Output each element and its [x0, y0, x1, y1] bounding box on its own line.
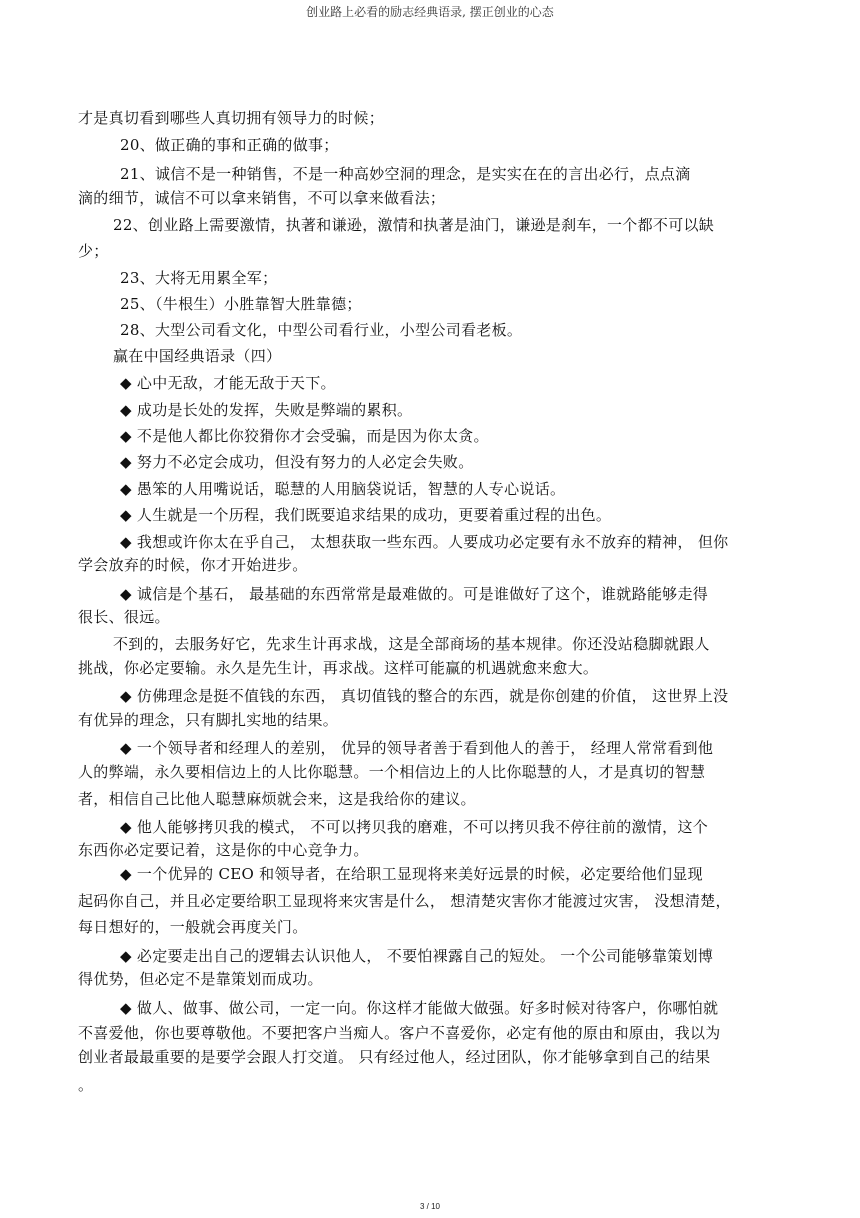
text-line: 22、创业路上需要激情，执著和谦逊，激情和执著是油门，谦逊是刹车，一个都不可以缺	[113, 215, 714, 235]
text-line: 不喜爱他，你也要尊敬他。不要把客户当痴人。客户不喜爱你，必定有他的原由和原由，我…	[78, 1023, 721, 1043]
document-header-title: 创业路上必看的励志经典语录, 摆正创业的心态	[0, 3, 860, 20]
text-line: ◆ 他人能够拷贝我的模式， 不可以拷贝我的磨难，不可以拷贝我不停往前的激情，这个	[120, 817, 708, 837]
text-line: ◆ 成功是长处的发挥，失败是弊端的累积。	[120, 400, 412, 420]
text-line: ◆ 一个领导者和经理人的差别， 优异的领导者善于看到他人的善于， 经理人常常看到…	[120, 738, 713, 758]
text-line: 20、做正确的事和正确的做事；	[120, 135, 339, 155]
text-line: 28、大型公司看文化，中型公司看行业，小型公司看老板。	[120, 320, 522, 340]
text-line: 挑战，你必定要输。永久是先生计，再求战。这样可能赢的机遇就愈来愈大。	[78, 658, 598, 678]
text-line: 东西你必定要记着，这是你的中心竞争力。	[78, 840, 369, 860]
text-line: 创业者最最重要的是要学会跟人打交道。 只有经过他人，经过团队，你才能够拿到自己的…	[78, 1047, 710, 1067]
text-line: ◆ 我想或许你太在乎自己， 太想获取一些东西。人要成功必定要有永不放弃的精神， …	[120, 532, 728, 552]
text-line: 少；	[78, 241, 109, 261]
page-number: 3 / 10	[0, 1202, 860, 1211]
text-line: 起码你自己，并且必定要给职工显现将来灾害是什么， 想清楚灾害你才能渡过灾害， 没…	[78, 891, 731, 911]
text-line: 滴的细节，诚信不可以拿来销售，不可以拿来做看法；	[78, 188, 445, 208]
text-line: 21、诚信不是一种销售，不是一种高妙空洞的理念，是实实在在的言出必行，点点滴	[120, 164, 691, 184]
text-line: ◆ 努力不必定会成功，但没有努力的人必定会失败。	[120, 452, 474, 472]
text-line: 每日想好的，一般就会再度关门。	[78, 917, 308, 937]
text-line: ◆ 不是他人都比你狡猾你才会受骗，而是因为你太贪。	[120, 426, 489, 446]
text-line: 得优势，但必定不是靠策划而成功。	[78, 969, 323, 989]
text-line: 者，相信自己比他人聪慧麻烦就会来，这是我给你的建议。	[78, 789, 476, 809]
text-line: ◆ 仿佛理念是挺不值钱的东西， 真切值钱的整合的东西，就是你创建的价值， 这世界…	[120, 686, 728, 706]
text-line: 23、大将无用累全军；	[120, 268, 277, 288]
text-line: ◆ 必定要走出自己的逻辑去认识他人， 不要怕裸露自己的短处。 一个公司能够靠策划…	[120, 946, 713, 966]
text-line: 很长、很远。	[78, 607, 170, 627]
text-line: 25、（牛根生）小胜靠智大胜靠德；	[120, 294, 362, 314]
text-line: ◆ 心中无敌，才能无敌于天下。	[120, 373, 336, 393]
text-line: ◆ 一个优异的 CEO 和领导者，在给职工显现将来美好远景的时候，必定要给他们显…	[120, 864, 703, 884]
text-line: 不到的，去服务好它，先求生计再求战，这是全部商场的基本规律。你还没站稳脚就跟人	[113, 634, 710, 654]
text-line: 赢在中国经典语录（四）	[113, 346, 281, 366]
text-line: ◆ 诚信是个基石， 最基础的东西常常是最难做的。可是谁做好了这个，谁就路能够走得	[120, 584, 708, 604]
text-line: 人的弊端，永久要相信边上的人比你聪慧。一个相信边上的人比你聪慧的人，才是真切的智…	[78, 762, 705, 782]
text-line: 有优异的理念，只有脚扎实地的结果。	[78, 710, 338, 730]
text-line: ◆ 人生就是一个历程，我们既要追求结果的成功，更要着重过程的出色。	[120, 505, 611, 525]
text-line: 才是真切看到哪些人真切拥有领导力的时候；	[78, 108, 384, 128]
text-line: ◆ 做人、做事、做公司，一定一向。你这样才能做大做强。好多时候对待客户，你哪怕就	[120, 998, 718, 1018]
text-line: 。	[78, 1075, 93, 1095]
text-line: ◆ 愚笨的人用嘴说话，聪慧的人用脑袋说话，智慧的人专心说话。	[120, 479, 565, 499]
text-line: 学会放弃的时候，你才开始进步。	[78, 555, 308, 575]
